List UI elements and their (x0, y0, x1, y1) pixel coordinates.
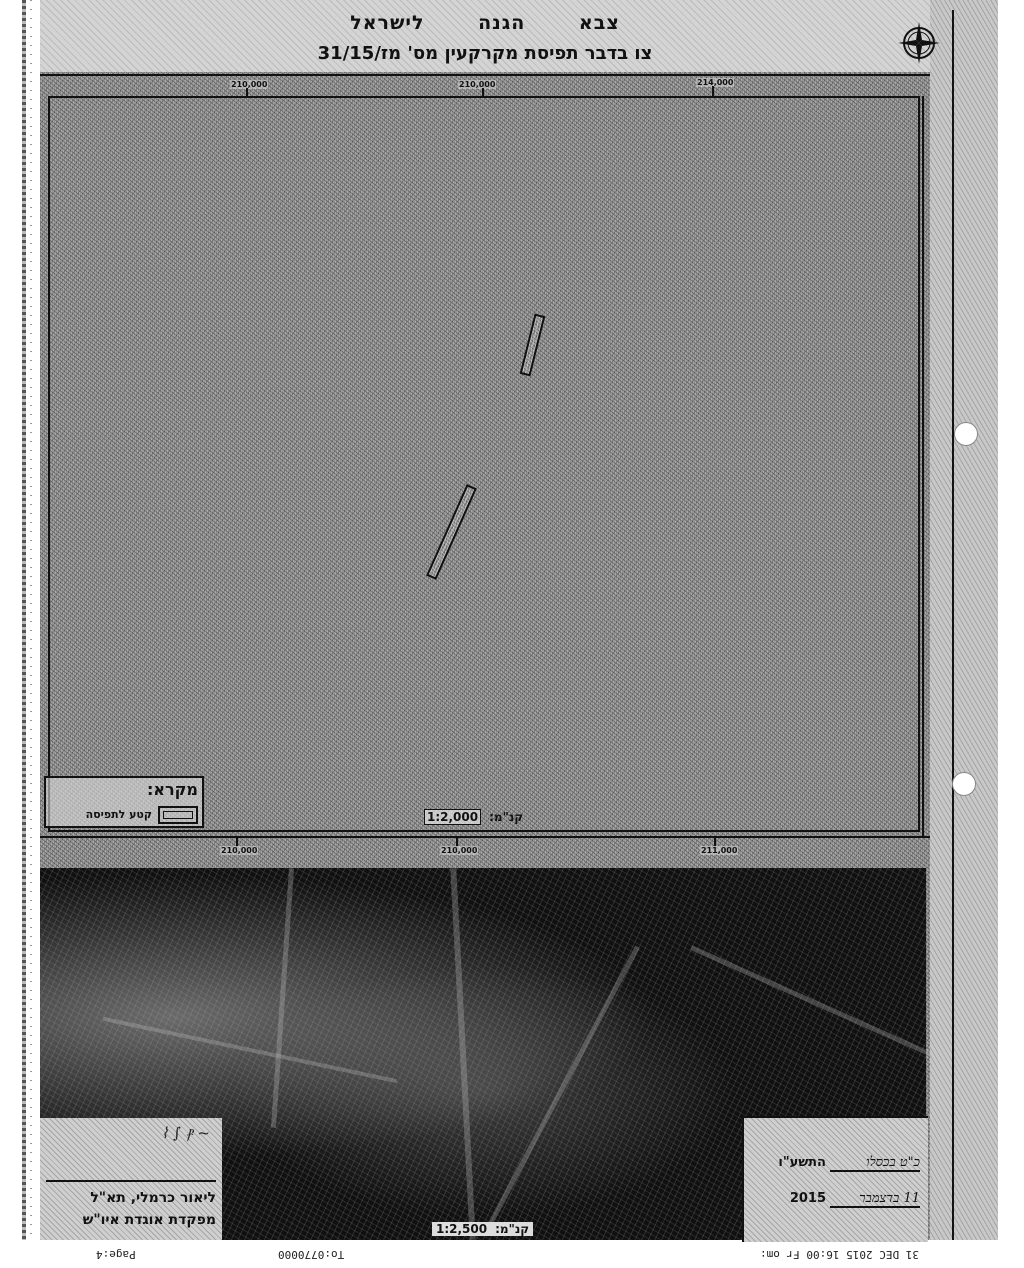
map-scale: קנ"מ:1:2,000 (424, 810, 523, 824)
order-title: צו בדבר תפיסת מקרקעין מס' מז/31/15 (40, 43, 930, 64)
handwritten-signature: ~ ⳁ ∫ ⌇ (60, 1126, 210, 1176)
punch-hole (954, 422, 978, 446)
signer-title: מפקדת אוגדת איו"ש (83, 1212, 216, 1228)
grid-tick (236, 836, 238, 846)
photo-road (271, 868, 294, 1128)
grid-coord-bottom-1: 210,000 (220, 846, 258, 855)
outer-frame-rule (952, 10, 954, 1240)
map-bottom-rule (40, 836, 930, 838)
hebrew-date-row: כ"ט בכסלוהתשע"ו (778, 1154, 920, 1172)
grid-tick (712, 86, 714, 96)
grid-tick (456, 836, 458, 846)
photo-scale-ratio: 1:2,500 (436, 1222, 487, 1236)
grid-coord-bottom-2: 210,000 (440, 846, 478, 855)
gregorian-date-row: 11 בדצמבר2015 (790, 1190, 920, 1208)
map-legend: מקרא: קטע לתפיסה (44, 776, 204, 828)
hebrew-year: התשע"ו (778, 1155, 826, 1170)
date-block: כ"ט בכסלוהתשע"ו 11 בדצמבר2015 (742, 1116, 928, 1242)
scale-ratio: 1:2,000 (424, 809, 481, 825)
compass-rose-icon (894, 18, 944, 68)
header-rule (40, 74, 930, 76)
photo-road (690, 945, 930, 1055)
scale-label: קנ"מ: (489, 810, 523, 824)
fax-transmission-line: Page:4 To:0770000 31 DEC 2015 16:00 Fr o… (0, 1244, 1024, 1268)
organization-title: צבא הגנה לישראל (40, 12, 930, 34)
seizure-order-map-sheet: צבא הגנה לישראל צו בדבר תפיסת מקרקעין מס… (40, 0, 998, 1240)
grid-tick (714, 836, 716, 846)
sheet-right-margin (930, 0, 998, 1240)
grid-coord-bottom-3: 211,000 (700, 846, 738, 855)
hebrew-date-handwritten: כ"ט בכסלו (830, 1154, 920, 1172)
signature-line (46, 1180, 216, 1182)
map-frame (48, 96, 920, 832)
gregorian-date-handwritten: 11 בדצמבר (830, 1190, 920, 1208)
order-header: צבא הגנה לישראל צו בדבר תפיסת מקרקעין מס… (40, 0, 930, 72)
grid-coord-top-1: 210,000 (230, 80, 268, 89)
gregorian-year: 2015 (790, 1191, 826, 1206)
binder-edge (22, 0, 26, 1240)
legend-title: מקרא: (147, 780, 198, 799)
photo-road (450, 868, 475, 1240)
fax-page: Page:4 (96, 1248, 136, 1261)
binder-perforation (30, 0, 32, 1240)
punch-hole (952, 772, 976, 796)
grid-coord-top-2: 210,000 (458, 80, 496, 89)
grid-coord-top-3: 214,000 (696, 78, 734, 87)
fax-to: To:0770000 (278, 1248, 344, 1261)
right-frame-rule (922, 96, 924, 836)
legend-item-label: קטע לתפיסה (86, 808, 152, 821)
photo-road (103, 1017, 397, 1083)
photo-road (485, 946, 640, 1231)
signature-block: ~ ⳁ ∫ ⌇ ליאור כרמלי, תא"ל מפקדת אוגדת אי… (40, 1118, 222, 1240)
photo-scale: קנ"מ:1:2,500 (432, 1222, 533, 1236)
photo-scale-label: קנ"מ: (495, 1222, 529, 1236)
signer-name: ליאור כרמלי, תא"ל (90, 1190, 216, 1206)
legend-seizure-symbol-icon (158, 806, 198, 824)
fax-timestamp: 31 DEC 2015 16:00 Fr om: (760, 1248, 919, 1261)
